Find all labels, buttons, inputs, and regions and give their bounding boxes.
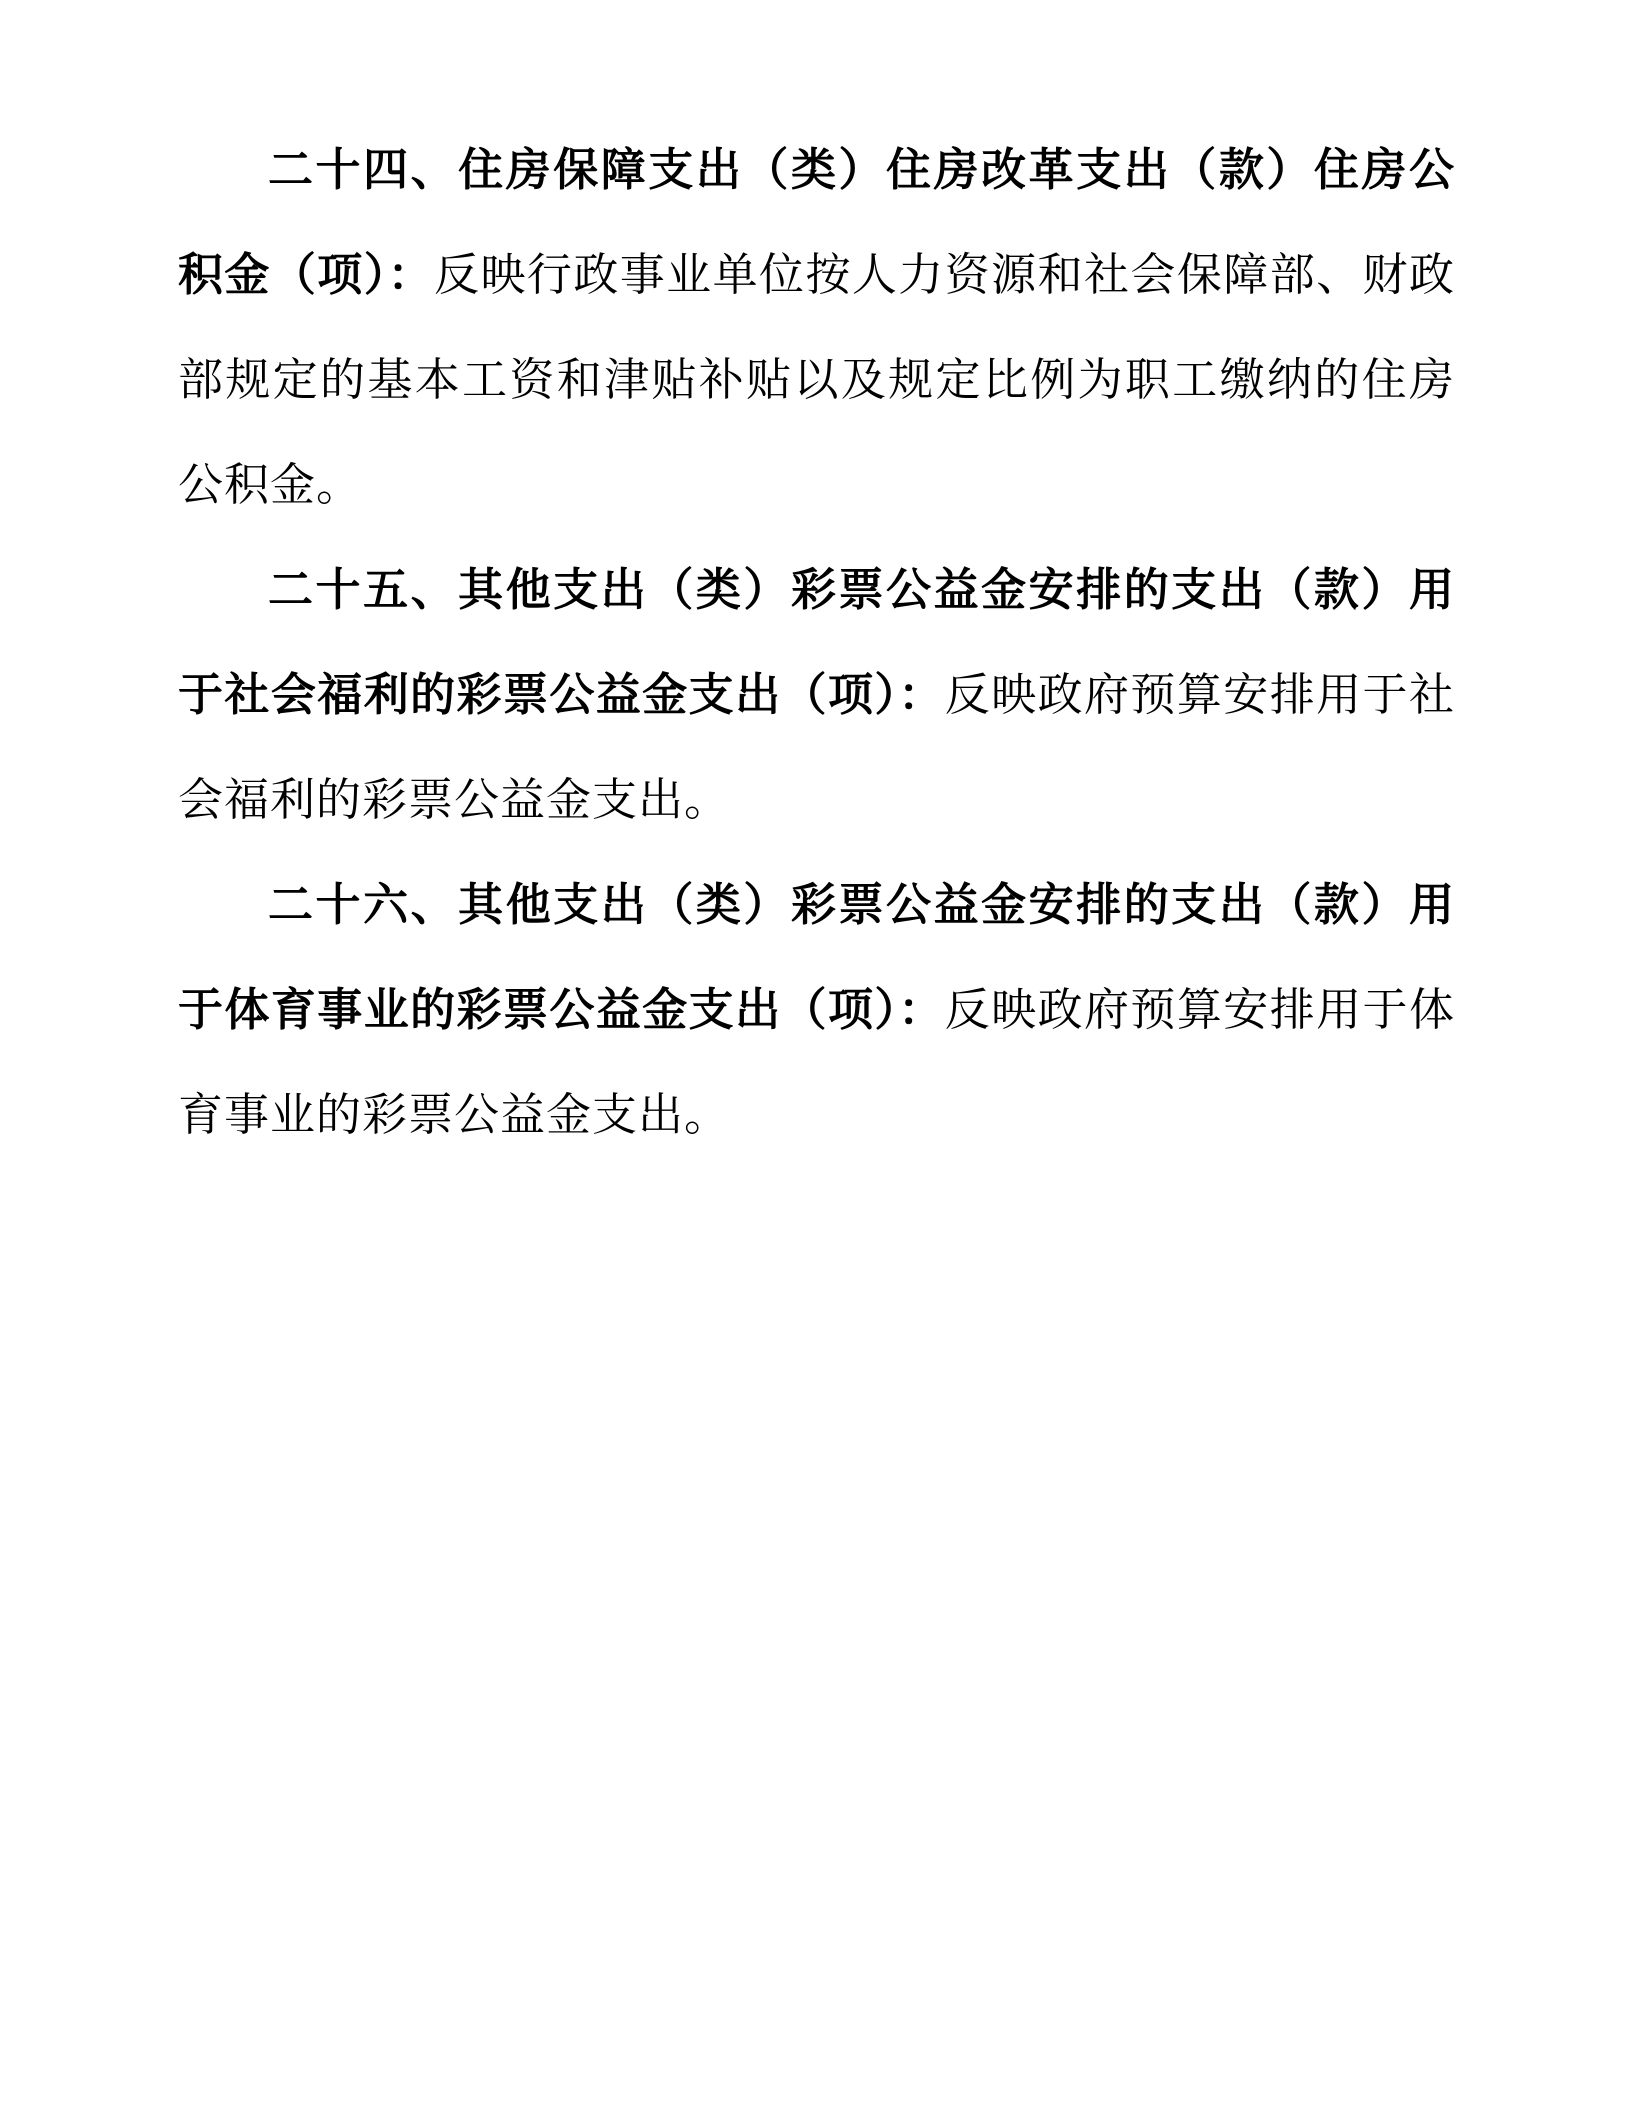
paragraph-24: 二十四、住房保障支出（类）住房改革支出（款）住房公积金（项）：反映行政事业单位按… — [178, 118, 1455, 538]
document-content: 二十四、住房保障支出（类）住房改革支出（款）住房公积金（项）：反映行政事业单位按… — [178, 118, 1455, 1168]
paragraph-25: 二十五、其他支出（类）彩票公益金安排的支出（款）用于社会福利的彩票公益金支出（项… — [178, 538, 1455, 853]
paragraph-26: 二十六、其他支出（类）彩票公益金安排的支出（款）用于体育事业的彩票公益金支出（项… — [178, 853, 1455, 1168]
document-page: 二十四、住房保障支出（类）住房改革支出（款）住房公积金（项）：反映行政事业单位按… — [0, 0, 1632, 2112]
